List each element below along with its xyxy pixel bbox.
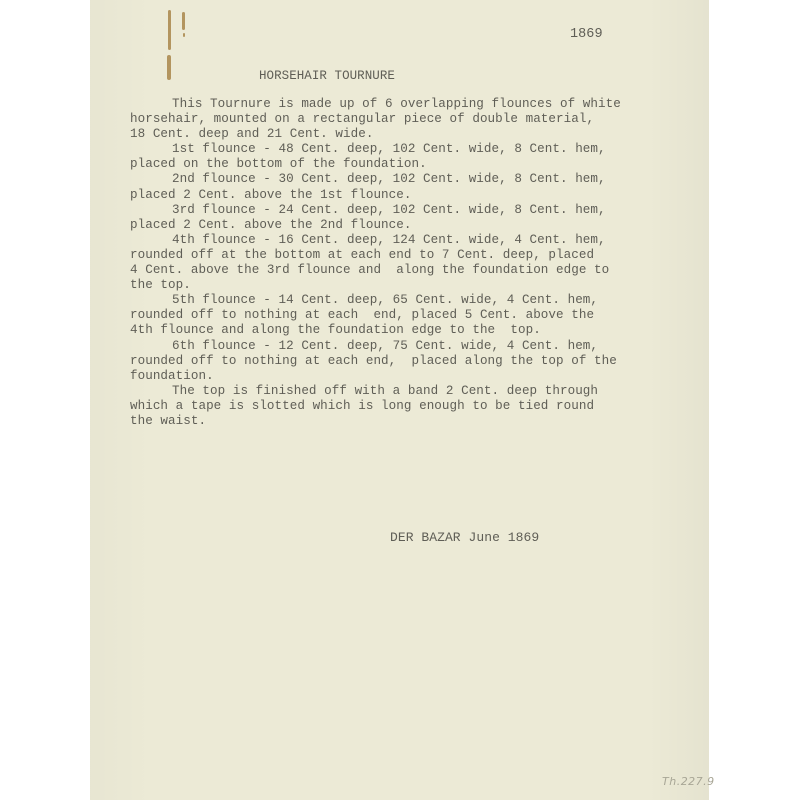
body-line: 4th flounce and along the foundation edg… — [130, 323, 621, 338]
body-line: rounded off to nothing at each end, plac… — [130, 354, 621, 369]
body-line: 1st flounce - 48 Cent. deep, 102 Cent. w… — [130, 142, 621, 157]
body-line: 4th flounce - 16 Cent. deep, 124 Cent. w… — [130, 233, 621, 248]
document-source: DER BAZAR June 1869 — [390, 530, 539, 545]
body-line: 6th flounce - 12 Cent. deep, 75 Cent. wi… — [130, 339, 621, 354]
body-line: horsehair, mounted on a rectangular piec… — [130, 112, 621, 127]
body-line: 5th flounce - 14 Cent. deep, 65 Cent. wi… — [130, 293, 621, 308]
rust-stain — [183, 33, 185, 37]
rust-stain — [168, 10, 171, 50]
body-line: placed 2 Cent. above the 1st flounce. — [130, 188, 621, 203]
body-line: rounded off to nothing at each end, plac… — [130, 308, 621, 323]
body-line: the top. — [130, 278, 621, 293]
body-line: 4 Cent. above the 3rd flounce and along … — [130, 263, 621, 278]
body-line: which a tape is slotted which is long en… — [130, 399, 621, 414]
document-title: HORSEHAIR TOURNURE — [259, 69, 395, 83]
body-line: the waist. — [130, 414, 621, 429]
rust-stain — [167, 55, 171, 80]
body-line: placed on the bottom of the foundation. — [130, 157, 621, 172]
rust-stain — [182, 12, 185, 30]
document-body: This Tournure is made up of 6 overlappin… — [130, 97, 621, 429]
document-year: 1869 — [570, 27, 603, 42]
body-line: placed 2 Cent. above the 2nd flounce. — [130, 218, 621, 233]
body-line: This Tournure is made up of 6 overlappin… — [130, 97, 621, 112]
body-line: 3rd flounce - 24 Cent. deep, 102 Cent. w… — [130, 203, 621, 218]
catalog-mark: Th.227.9 — [662, 775, 715, 788]
body-line: 2nd flounce - 30 Cent. deep, 102 Cent. w… — [130, 172, 621, 187]
body-line: rounded off at the bottom at each end to… — [130, 248, 621, 263]
body-line: 18 Cent. deep and 21 Cent. wide. — [130, 127, 621, 142]
body-line: foundation. — [130, 369, 621, 384]
body-line: The top is finished off with a band 2 Ce… — [130, 384, 621, 399]
